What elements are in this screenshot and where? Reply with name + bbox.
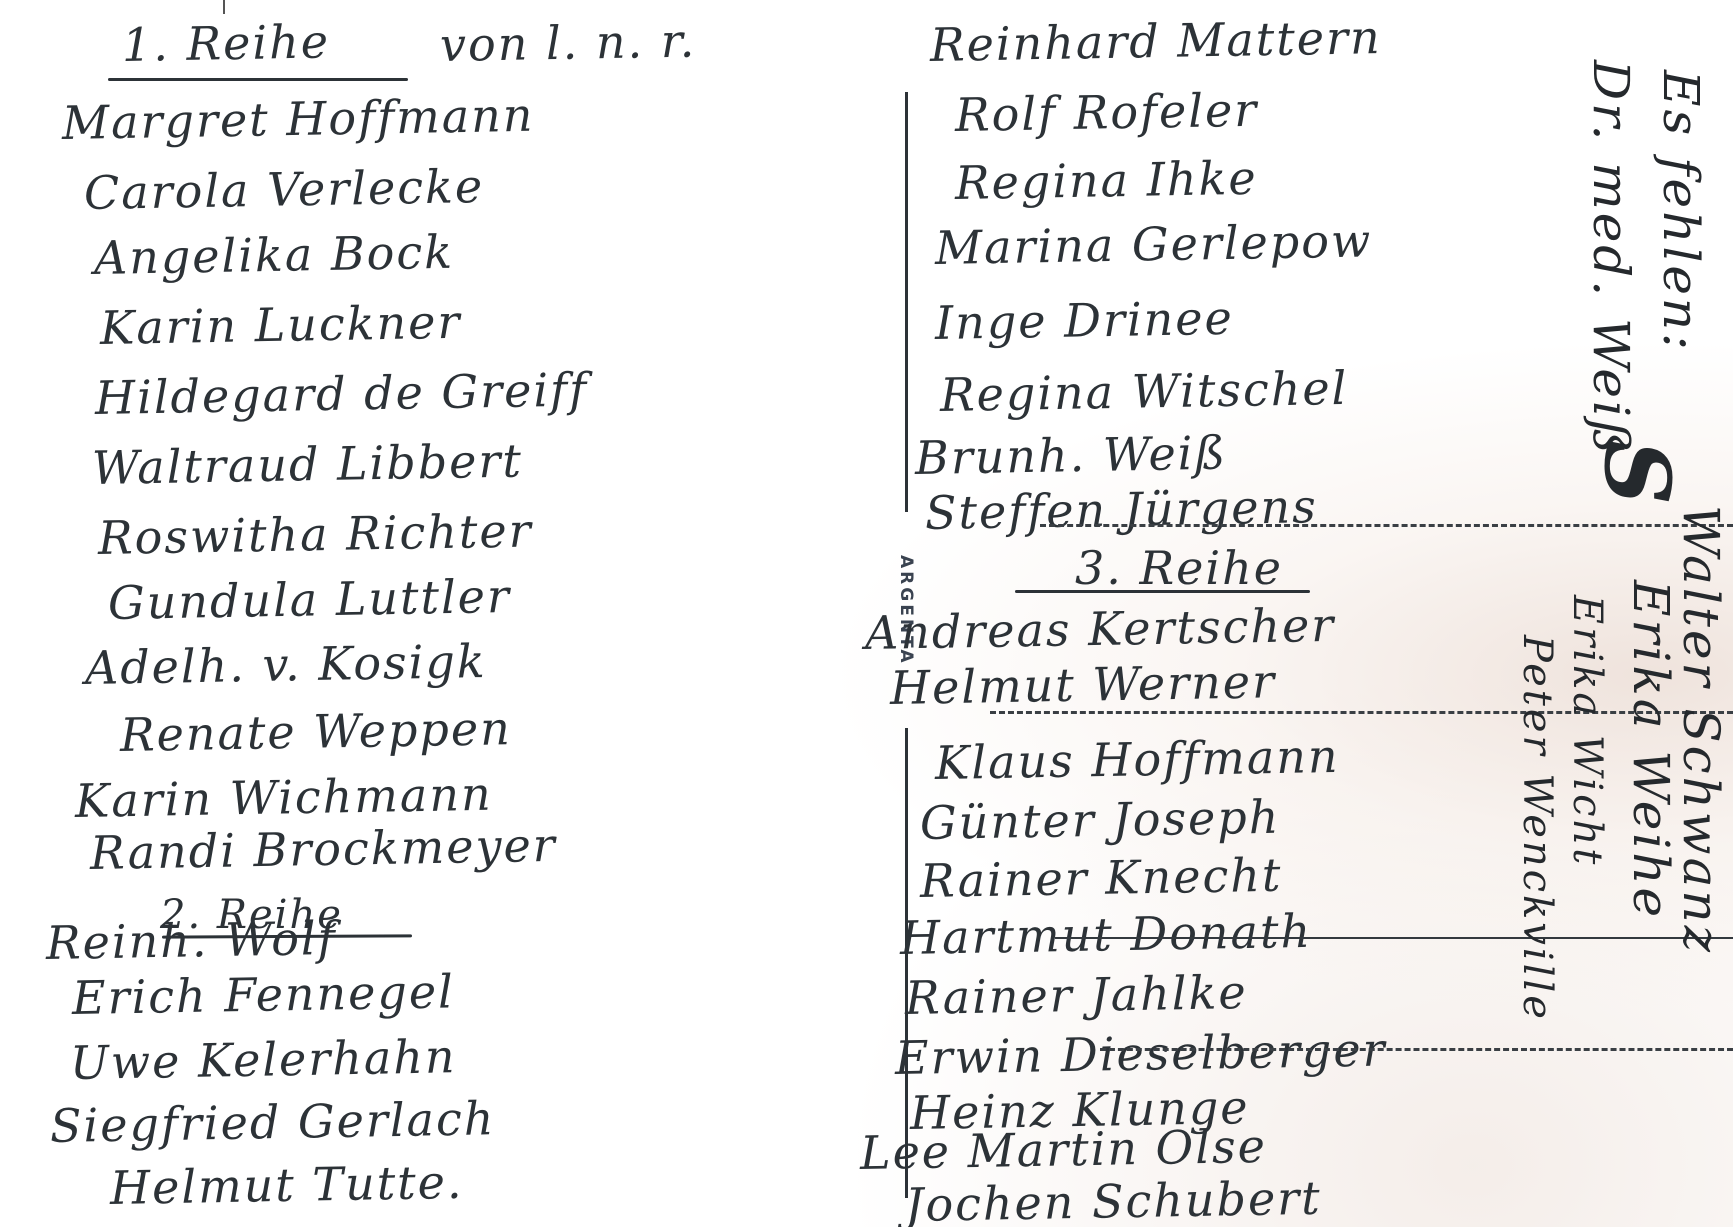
row1-heading-underline bbox=[108, 78, 408, 81]
row3-name-entry: Klaus Hoffmann bbox=[935, 733, 1340, 786]
row2-continued-name-entry: Steffen Jürgens bbox=[925, 483, 1318, 536]
margin-note-name-3: Erika Weihe bbox=[1622, 580, 1680, 920]
row3-name-entry: Jochen Schubert bbox=[905, 1175, 1322, 1227]
dashed-separator-1 bbox=[1040, 524, 1733, 527]
row1-name-entry: Karin Wichmann bbox=[75, 771, 493, 824]
right-column-divider-upper bbox=[905, 92, 908, 512]
row2-continued-name-entry: Reinhard Mattern bbox=[930, 14, 1382, 68]
margin-note-name-1: Dr. med. Weiß bbox=[1582, 60, 1640, 456]
row2-continued-name-entry: Inge Drinee bbox=[935, 295, 1235, 346]
row1-name-entry: Carola Verlecke bbox=[84, 163, 485, 216]
solid-separator bbox=[1055, 937, 1733, 939]
margin-note-bracket-s: S bbox=[1584, 440, 1690, 508]
row1-name-entry: Adelh. v. Kosigk bbox=[85, 638, 487, 691]
row1-name-entry: Roswitha Richter bbox=[98, 507, 533, 561]
row1-name-entry: Gundula Luttler bbox=[108, 573, 512, 626]
row1-name-entry: Karin Luckner bbox=[100, 299, 462, 351]
dashed-separator-3 bbox=[1100, 1048, 1733, 1051]
row3-name-entry: Andreas Kertscher bbox=[865, 602, 1336, 656]
row1-heading: 1. Reihe bbox=[122, 18, 331, 68]
row3-name-entry: Erwin Dieselberger bbox=[895, 1026, 1387, 1081]
row2-continued-name-entry: Regina Witschel bbox=[940, 365, 1349, 418]
row3-name-entry: Helmut Werner bbox=[890, 658, 1277, 711]
row1-name-entry: Margret Hoffmann bbox=[62, 92, 535, 146]
row2-name-entry: Uwe Kelerhahn bbox=[70, 1033, 457, 1086]
row2-name-entry: Reinh. Wolf bbox=[46, 915, 337, 966]
row3-name-entry: Hartmut Donath bbox=[900, 908, 1313, 961]
row2-name-entry: Siegfried Gerlach bbox=[50, 1095, 496, 1149]
top-tick-mark bbox=[223, 0, 225, 14]
row3-name-entry: Günter Joseph bbox=[920, 794, 1281, 846]
row1-name-entry: Waltraud Libbert bbox=[92, 437, 524, 491]
row1-name-entry: Angelika Bock bbox=[94, 229, 455, 281]
row3-heading-underline bbox=[1015, 590, 1310, 593]
row3-name-entry: Lee Martin Olse bbox=[860, 1123, 1268, 1176]
margin-note-name-2: Walter Schwanz bbox=[1672, 505, 1730, 955]
row1-direction: von l. n. r. bbox=[440, 18, 697, 68]
row2-name-entry: Erich Fennegel bbox=[72, 968, 456, 1021]
margin-note-missing-heading: Es fehlen: bbox=[1652, 70, 1710, 353]
margin-note-name-4: Erika Wicht bbox=[1564, 595, 1610, 867]
row3-name-entry: Rainer Jahlke bbox=[905, 969, 1248, 1021]
row2-continued-name-entry: Brunh. Weiß bbox=[915, 430, 1228, 481]
row2-name-entry: Helmut Tutte. bbox=[110, 1159, 464, 1211]
row3-heading: 3. Reihe bbox=[1075, 545, 1283, 591]
row2-continued-name-entry: Rolf Rofeler bbox=[955, 87, 1259, 138]
margin-note-name-5: Peter Wenckville bbox=[1514, 635, 1560, 1022]
row1-name-entry: Renate Weppen bbox=[120, 705, 512, 758]
row2-continued-name-entry: Marina Gerlepow bbox=[935, 217, 1373, 271]
row2-continued-name-entry: Regina Ihke bbox=[955, 155, 1258, 206]
row1-name-entry: Hildegard de Greiff bbox=[95, 366, 589, 421]
row1-name-entry: Randi Brockmeyer bbox=[90, 822, 557, 876]
row3-name-entry: Rainer Knecht bbox=[920, 852, 1283, 904]
